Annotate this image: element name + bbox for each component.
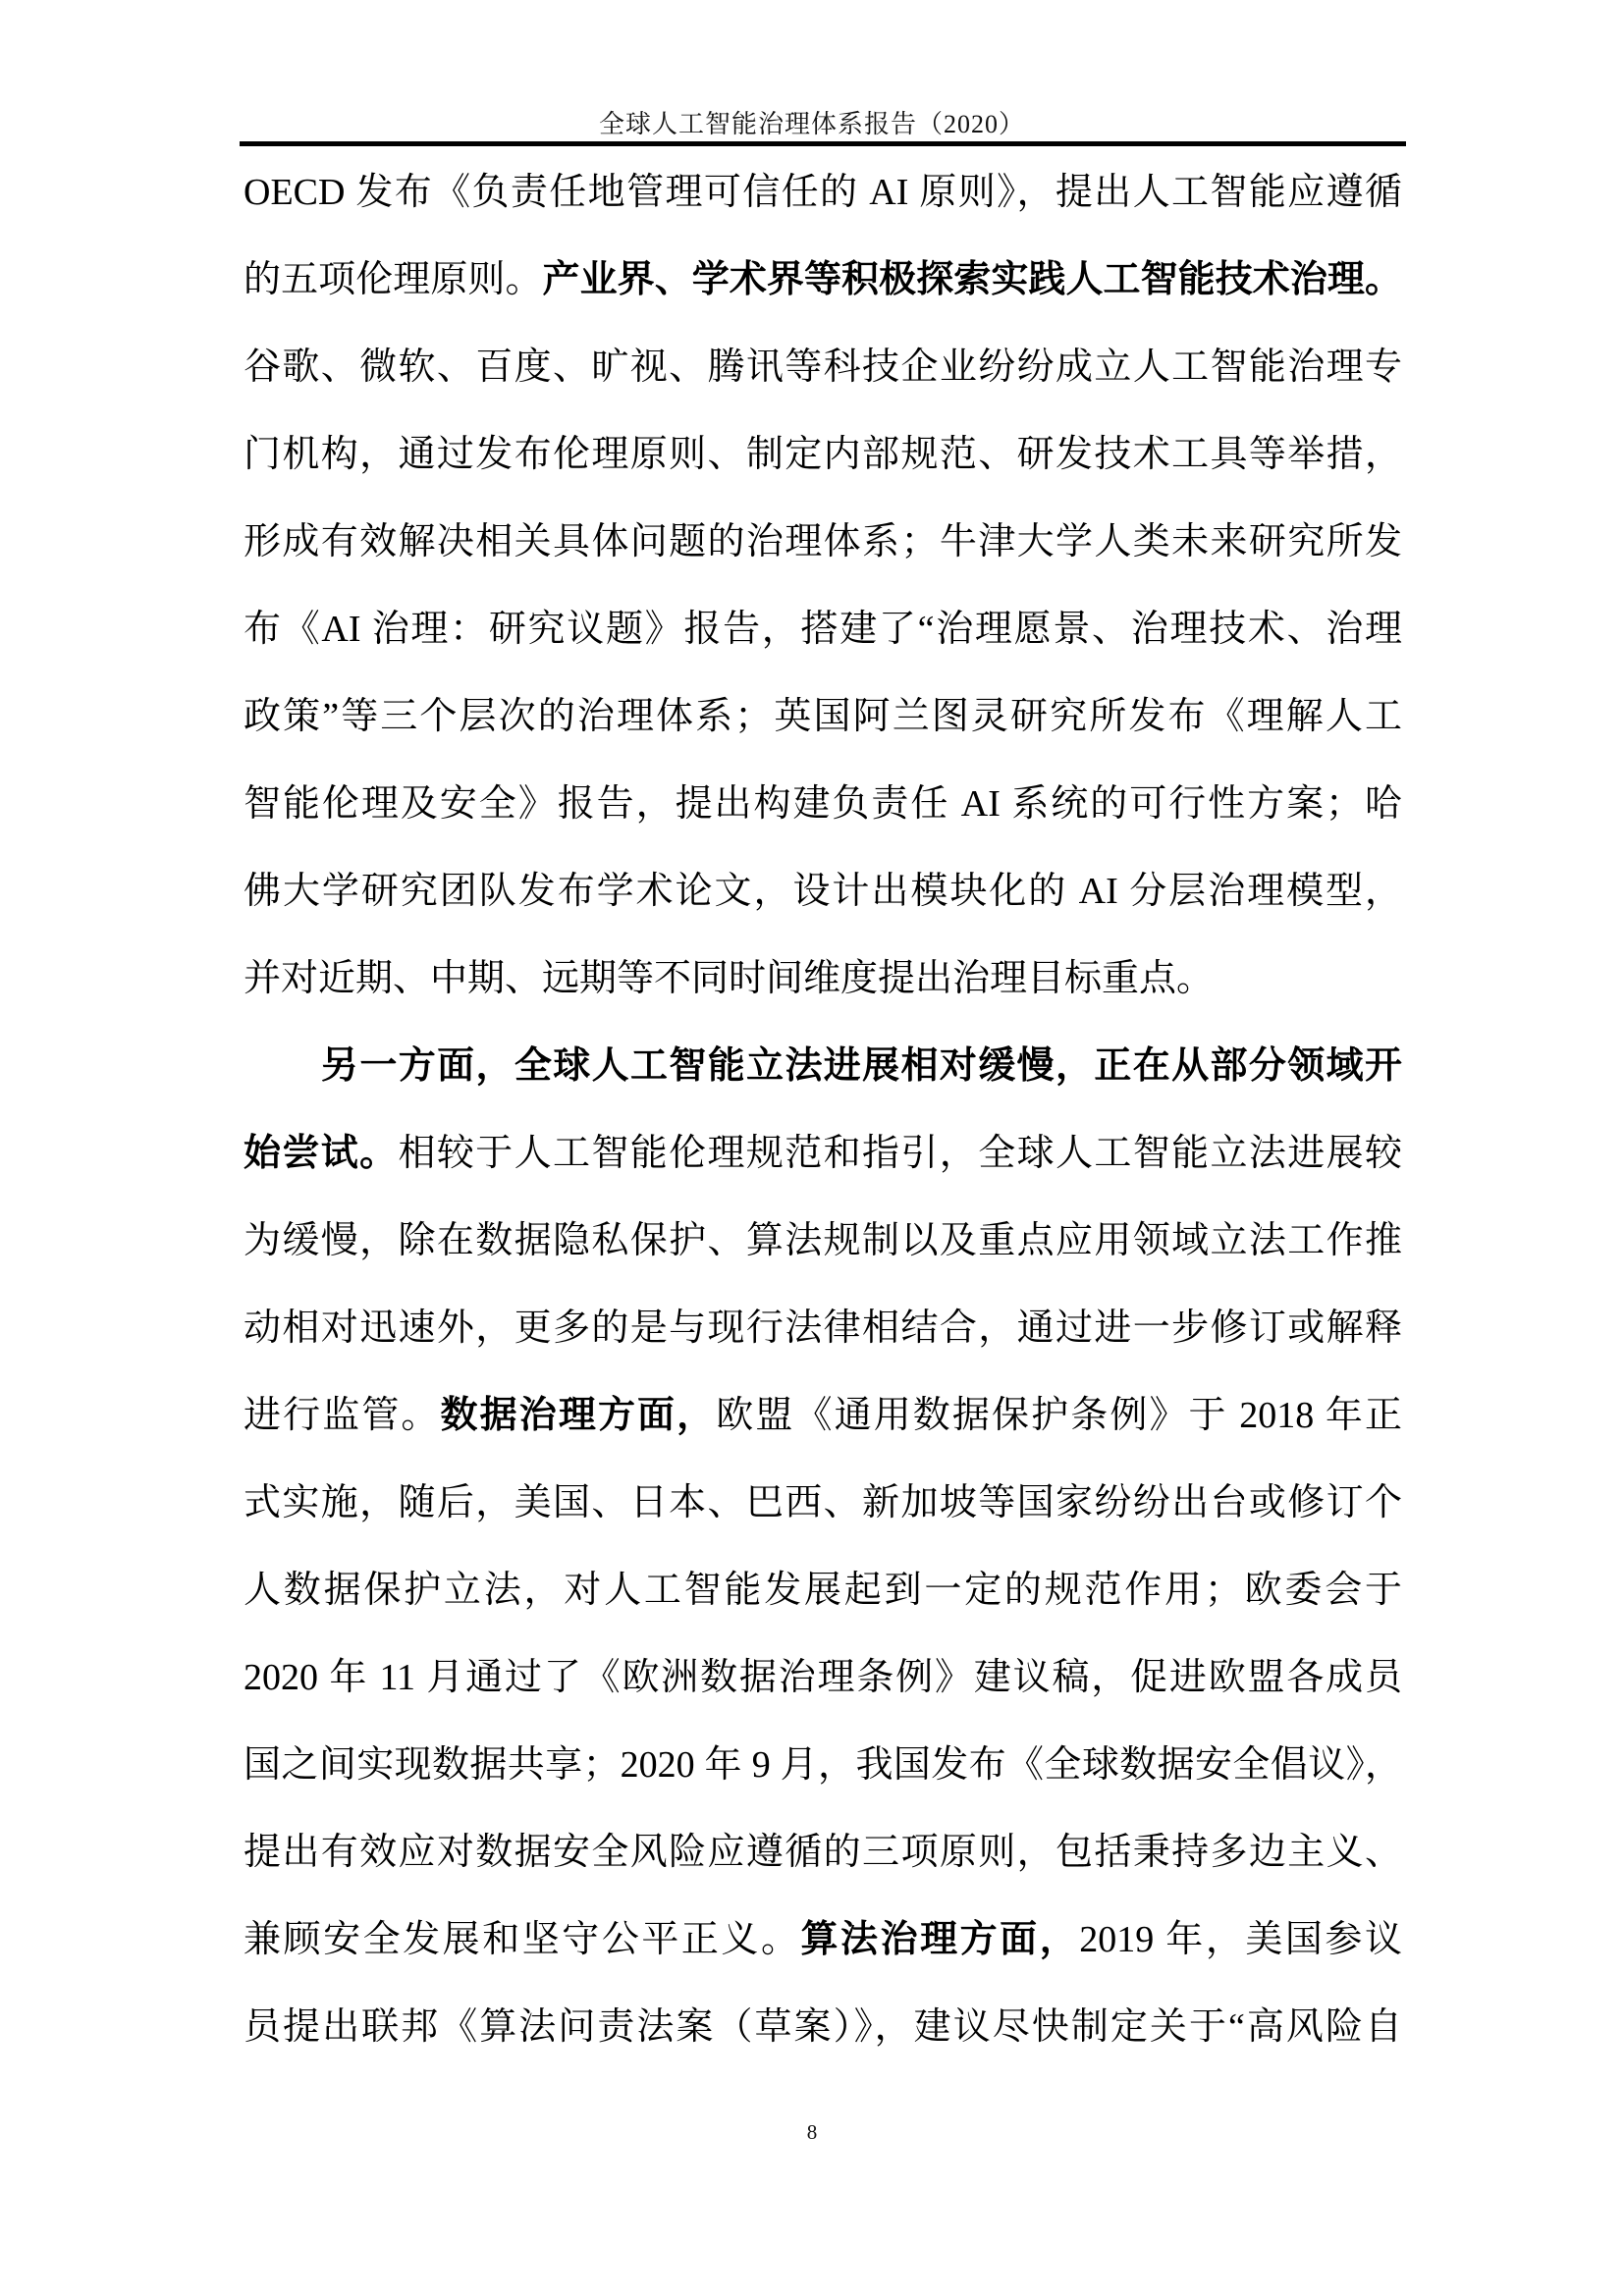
text-line: 人数据保护立法，对人工智能发展起到一定的规范作用；欧委会于 — [244, 1547, 1402, 1634]
text-line: 布《AI 治理：研究议题》报告，搭建了“治理愿景、治理技术、治理 — [244, 586, 1402, 673]
text-line: 另一方面，全球人工智能立法进展相对缓慢，正在从部分领域开 — [244, 1023, 1402, 1110]
text-run-bold: 产业界、学术界等积极探索实践人工智能技术治理。 — [543, 259, 1402, 300]
text-line: 为缓慢，除在数据隐私保护、算法规制以及重点应用领域立法工作推 — [244, 1198, 1402, 1285]
text-run: 形成有效解决相关具体问题的治理体系；牛津大学人类未来研究所发 — [244, 521, 1402, 562]
text-line: 兼顾安全发展和坚守公平正义。算法治理方面，2019 年，美国参议 — [244, 1896, 1402, 1984]
text-line: 佛大学研究团队发布学术论文，设计出模块化的 AI 分层治理模型， — [244, 848, 1402, 935]
text-run: 智能伦理及安全》报告，提出构建负责任 AI 系统的可行性方案；哈 — [244, 783, 1402, 825]
text-run-bold: 算法治理方面， — [801, 1919, 1080, 1960]
text-run-bold: 数据治理方面， — [441, 1395, 717, 1436]
text-line: 式实施，随后，美国、日本、巴西、新加坡等国家纷纷出台或修订个 — [244, 1460, 1402, 1547]
text-run: 欧盟《通用数据保护条例》于 2018 年正 — [716, 1395, 1402, 1436]
text-line: 进行监管。数据治理方面，欧盟《通用数据保护条例》于 2018 年正 — [244, 1372, 1402, 1460]
page-header-title: 全球人工智能治理体系报告（2020） — [0, 104, 1624, 140]
text-line: 始尝试。相较于人工智能伦理规范和指引，全球人工智能立法进展较 — [244, 1110, 1402, 1198]
text-run: OECD 发布《负责任地管理可信任的 AI 原则》，提出人工智能应遵循 — [244, 172, 1402, 213]
text-run: 兼顾安全发展和坚守公平正义。 — [244, 1919, 801, 1960]
text-run: 提出有效应对数据安全风险应遵循的三项原则，包括秉持多边主义、 — [244, 1832, 1402, 1873]
text-line: 提出有效应对数据安全风险应遵循的三项原则，包括秉持多边主义、 — [244, 1809, 1402, 1896]
text-run: 谷歌、微软、百度、旷视、腾讯等科技企业纷纷成立人工智能治理专 — [244, 347, 1402, 388]
text-line: 动相对迅速外，更多的是与现行法律相结合，通过进一步修订或解释 — [244, 1285, 1402, 1372]
text-run: 布《AI 治理：研究议题》报告，搭建了“治理愿景、治理技术、治理 — [244, 609, 1402, 650]
text-run: 人数据保护立法，对人工智能发展起到一定的规范作用；欧委会于 — [244, 1570, 1402, 1611]
text-run: 佛大学研究团队发布学术论文，设计出模块化的 AI 分层治理模型， — [244, 871, 1402, 912]
text-run: 2019 年，美国参议 — [1079, 1919, 1402, 1960]
text-run: 国之间实现数据共享；2020 年 9 月，我国发布《全球数据安全倡议》， — [244, 1744, 1402, 1786]
text-run: 式实施，随后，美国、日本、巴西、新加坡等国家纷纷出台或修订个 — [244, 1482, 1402, 1523]
text-line: 员提出联邦《算法问责法案（草案）》，建议尽快制定关于“高风险自 — [244, 1984, 1402, 2071]
text-run: 2020 年 11 月通过了《欧洲数据治理条例》建议稿，促进欧盟各成员 — [244, 1657, 1402, 1698]
text-run: 动相对迅速外，更多的是与现行法律相结合，通过进一步修订或解释 — [244, 1308, 1402, 1349]
text-line: 2020 年 11 月通过了《欧洲数据治理条例》建议稿，促进欧盟各成员 — [244, 1634, 1402, 1722]
text-line: 的五项伦理原则。产业界、学术界等积极探索实践人工智能技术治理。 — [244, 237, 1402, 324]
text-run-bold: 始尝试。 — [244, 1133, 399, 1174]
text-run: 进行监管。 — [244, 1395, 441, 1436]
text-line: 门机构，通过发布伦理原则、制定内部规范、研发技术工具等举措， — [244, 411, 1402, 499]
text-run: 为缓慢，除在数据隐私保护、算法规制以及重点应用领域立法工作推 — [244, 1220, 1402, 1261]
text-line: 形成有效解决相关具体问题的治理体系；牛津大学人类未来研究所发 — [244, 499, 1402, 586]
text-run: 相较于人工智能伦理规范和指引，全球人工智能立法进展较 — [399, 1133, 1402, 1174]
text-run: 员提出联邦《算法问责法案（草案）》，建议尽快制定关于“高风险自 — [244, 2006, 1402, 2048]
text-run: 政策”等三个层次的治理体系；英国阿兰图灵研究所发布《理解人工 — [244, 696, 1402, 737]
text-run: 并对近期、中期、远期等不同时间维度提出治理目标重点。 — [244, 958, 1214, 999]
text-line: OECD 发布《负责任地管理可信任的 AI 原则》，提出人工智能应遵循 — [244, 149, 1402, 237]
header-rule — [240, 141, 1406, 146]
text-run: 门机构，通过发布伦理原则、制定内部规范、研发技术工具等举措， — [244, 434, 1402, 475]
document-page: 全球人工智能治理体系报告（2020） OECD 发布《负责任地管理可信任的 AI… — [0, 0, 1624, 2296]
text-line: 谷歌、微软、百度、旷视、腾讯等科技企业纷纷成立人工智能治理专 — [244, 324, 1402, 411]
text-line: 并对近期、中期、远期等不同时间维度提出治理目标重点。 — [244, 935, 1402, 1023]
text-line: 智能伦理及安全》报告，提出构建负责任 AI 系统的可行性方案；哈 — [244, 761, 1402, 848]
page-number: 8 — [0, 2120, 1624, 2145]
text-line: 政策”等三个层次的治理体系；英国阿兰图灵研究所发布《理解人工 — [244, 673, 1402, 761]
body-text: OECD 发布《负责任地管理可信任的 AI 原则》，提出人工智能应遵循的五项伦理… — [244, 149, 1402, 2071]
text-run-bold: 另一方面，全球人工智能立法进展相对缓慢，正在从部分领域开 — [321, 1045, 1402, 1087]
text-line: 国之间实现数据共享；2020 年 9 月，我国发布《全球数据安全倡议》， — [244, 1722, 1402, 1809]
text-run: 的五项伦理原则。 — [244, 259, 543, 300]
